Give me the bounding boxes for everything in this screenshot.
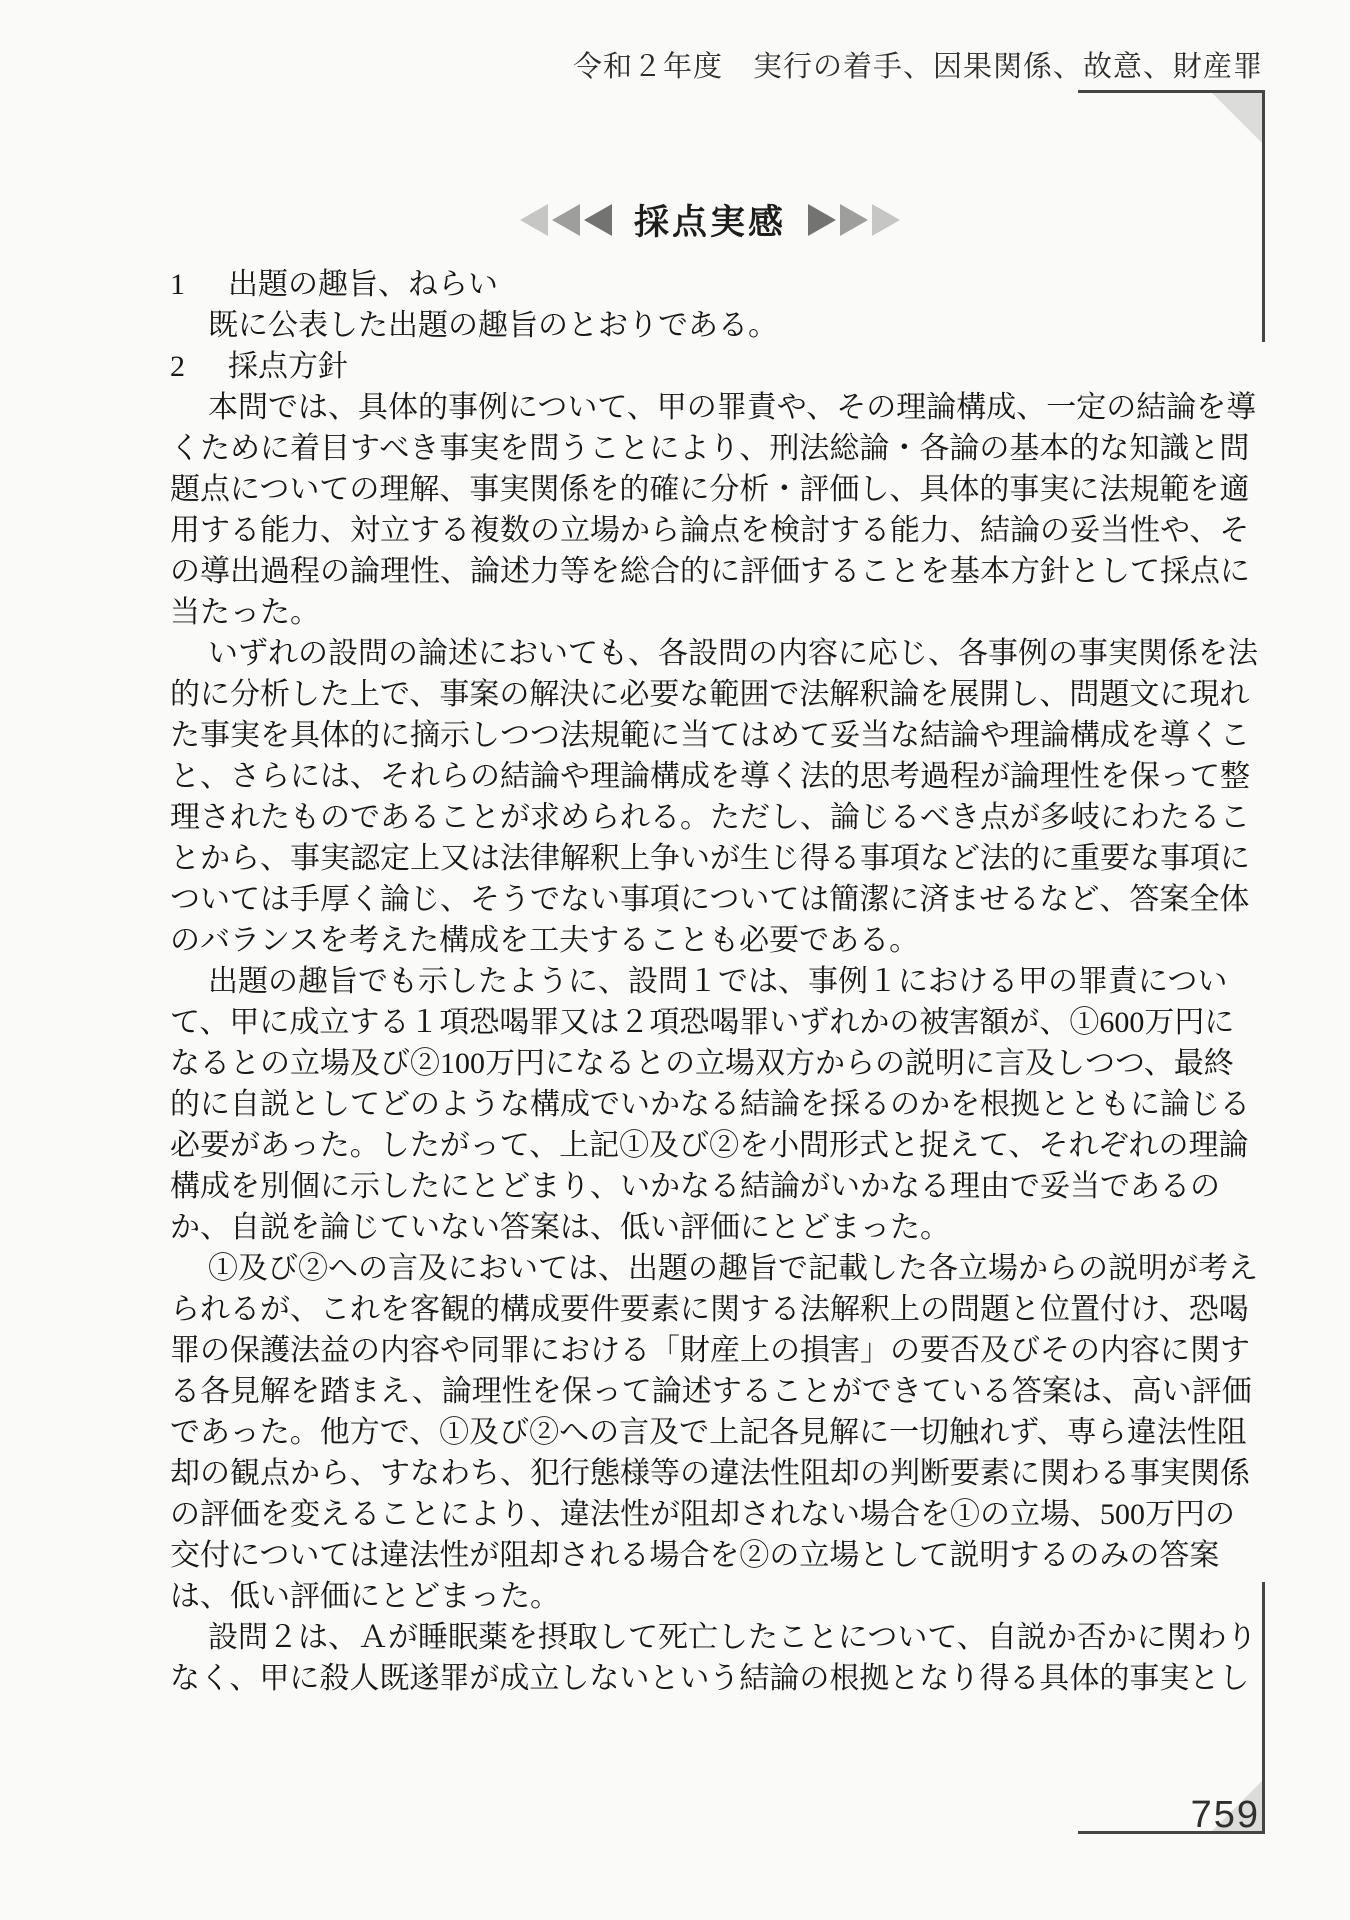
title-left-arrows xyxy=(520,204,612,236)
text-line: る各見解を踏まえ、論理性を保って論述することができている答案は、高い評価 xyxy=(170,1371,1252,1412)
text-line: られるが、これを客観的構成要件要素に関する法解釈上の問題と位置付け、恐喝 xyxy=(170,1289,1252,1330)
text-line: と、さらには、それらの結論や理論構成を導く法的思考過程が論理性を保って整 xyxy=(170,756,1252,797)
text-line: 1出題の趣旨、ねらい xyxy=(170,264,1252,305)
triangle-left-icon xyxy=(552,204,580,236)
text-line: 的に自説としてどのような構成でいかなる結論を採るのかを根拠とともに論じる xyxy=(170,1084,1252,1125)
text-line: 本問では、具体的事例について、甲の罪責や、その理論構成、一定の結論を導 xyxy=(170,387,1252,428)
text-line: のバランスを考えた構成を工夫することも必要である。 xyxy=(170,920,1252,961)
corner-rule-vertical xyxy=(1262,90,1265,342)
text-line: 交付については違法性が阻却される場合を②の立場として説明するのみの答案 xyxy=(170,1535,1252,1576)
triangle-right-icon xyxy=(808,204,836,236)
text-line: 用する能力、対立する複数の立場から論点を検討する能力、結論の妥当性や、そ xyxy=(170,510,1252,551)
text-line: 出題の趣旨でも示したように、設問１では、事例１における甲の罪責につい xyxy=(170,961,1252,1002)
text-line: の導出過程の論理性、論述力等を総合的に評価することを基本方針として採点に xyxy=(170,551,1252,592)
text-line: 的に分析した上で、事案の解決に必要な範囲で法解釈論を展開し、問題文に現れ xyxy=(170,674,1252,715)
item-label: 採点方針 xyxy=(228,350,348,383)
text-line: の評価を変えることにより、違法性が阻却されない場合を①の立場、500万円の xyxy=(170,1494,1252,1535)
triangle-left-icon xyxy=(584,204,612,236)
page-header: 令和２年度 実行の着手、因果関係、故意、財産罪 xyxy=(0,44,1263,85)
text-line: 理されたものであることが求められる。ただし、論じるべき点が多岐にわたるこ xyxy=(170,797,1252,838)
text-line: た事実を具体的に摘示しつつ法規範に当てはめて妥当な結論や理論構成を導くこ xyxy=(170,715,1252,756)
text-line: は、低い評価にとどまった。 xyxy=(170,1576,1252,1617)
text-line: 題点についての理解、事実関係を的確に分析・評価し、具体的事実に法規範を適 xyxy=(170,469,1252,510)
text-line: ①及び②への言及においては、出題の趣旨で記載した各立場からの説明が考え xyxy=(170,1248,1252,1289)
triangle-right-icon xyxy=(872,204,900,236)
item-number: 2 xyxy=(170,346,228,387)
body-text: 1出題の趣旨、ねらい既に公表した出題の趣旨のとおりである。2採点方針本問では、具… xyxy=(170,264,1252,1699)
text-line: 構成を別個に示したにとどまり、いかなる結論がいかなる理由で妥当であるの xyxy=(170,1166,1252,1207)
item-label: 出題の趣旨、ねらい xyxy=(228,268,498,301)
text-line: 既に公表した出題の趣旨のとおりである。 xyxy=(170,305,1252,346)
text-line: いずれの設問の論述においても、各設問の内容に応じ、各事例の事実関係を法 xyxy=(170,633,1252,674)
triangle-right-icon xyxy=(840,204,868,236)
page-number: 759 xyxy=(1191,1794,1260,1837)
text-line: なく、甲に殺人既遂罪が成立しないという結論の根拠となり得る具体的事実とし xyxy=(170,1658,1252,1699)
text-line: なるとの立場及び②100万円になるとの立場双方からの説明に言及しつつ、最終 xyxy=(170,1043,1252,1084)
text-line: 却の観点から、すなわち、犯行態様等の違法性阻却の判断要素に関わる事実関係 xyxy=(170,1453,1252,1494)
text-line: とから、事実認定上又は法律解釈上争いが生じ得る事項など法的に重要な事項に xyxy=(170,838,1252,879)
item-number: 1 xyxy=(170,264,228,305)
triangle-left-icon xyxy=(520,204,548,236)
text-line: 必要があった。したがって、上記①及び②を小問形式と捉えて、それぞれの理論 xyxy=(170,1125,1252,1166)
title-right-arrows xyxy=(808,204,900,236)
text-line: ついては手厚く論じ、そうでない事項については簡潔に済ませるなど、答案全体 xyxy=(170,879,1252,920)
text-line: か、自説を論じていない答案は、低い評価にとどまった。 xyxy=(170,1207,1252,1248)
text-line: 設問２は、Ａが睡眠薬を摂取して死亡したことについて、自説か否かに関わり xyxy=(170,1617,1252,1658)
page-title: 採点実感 xyxy=(634,195,786,245)
text-line: くために着目すべき事実を問うことにより、刑法総論・各論の基本的な知識と問 xyxy=(170,428,1252,469)
text-line: であった。他方で、①及び②への言及で上記各見解に一切触れず、専ら違法性阻 xyxy=(170,1412,1252,1453)
text-line: 罪の保護法益の内容や同罪における「財産上の損害」の要否及びその内容に関す xyxy=(170,1330,1252,1371)
page-root: { "page": { "header_text": "令和２年度 実行の着手、… xyxy=(0,0,1350,1920)
title-banner: 採点実感 xyxy=(170,198,1250,242)
corner-rule-horizontal xyxy=(1078,90,1265,93)
corner-rule-vertical xyxy=(1262,1582,1265,1834)
text-line: て、甲に成立する１項恐喝罪又は２項恐喝罪いずれかの被害額が、①600万円に xyxy=(170,1002,1252,1043)
text-line: 2採点方針 xyxy=(170,346,1252,387)
text-line: 当たった。 xyxy=(170,592,1252,633)
corner-fold-triangle-icon xyxy=(1212,93,1262,143)
